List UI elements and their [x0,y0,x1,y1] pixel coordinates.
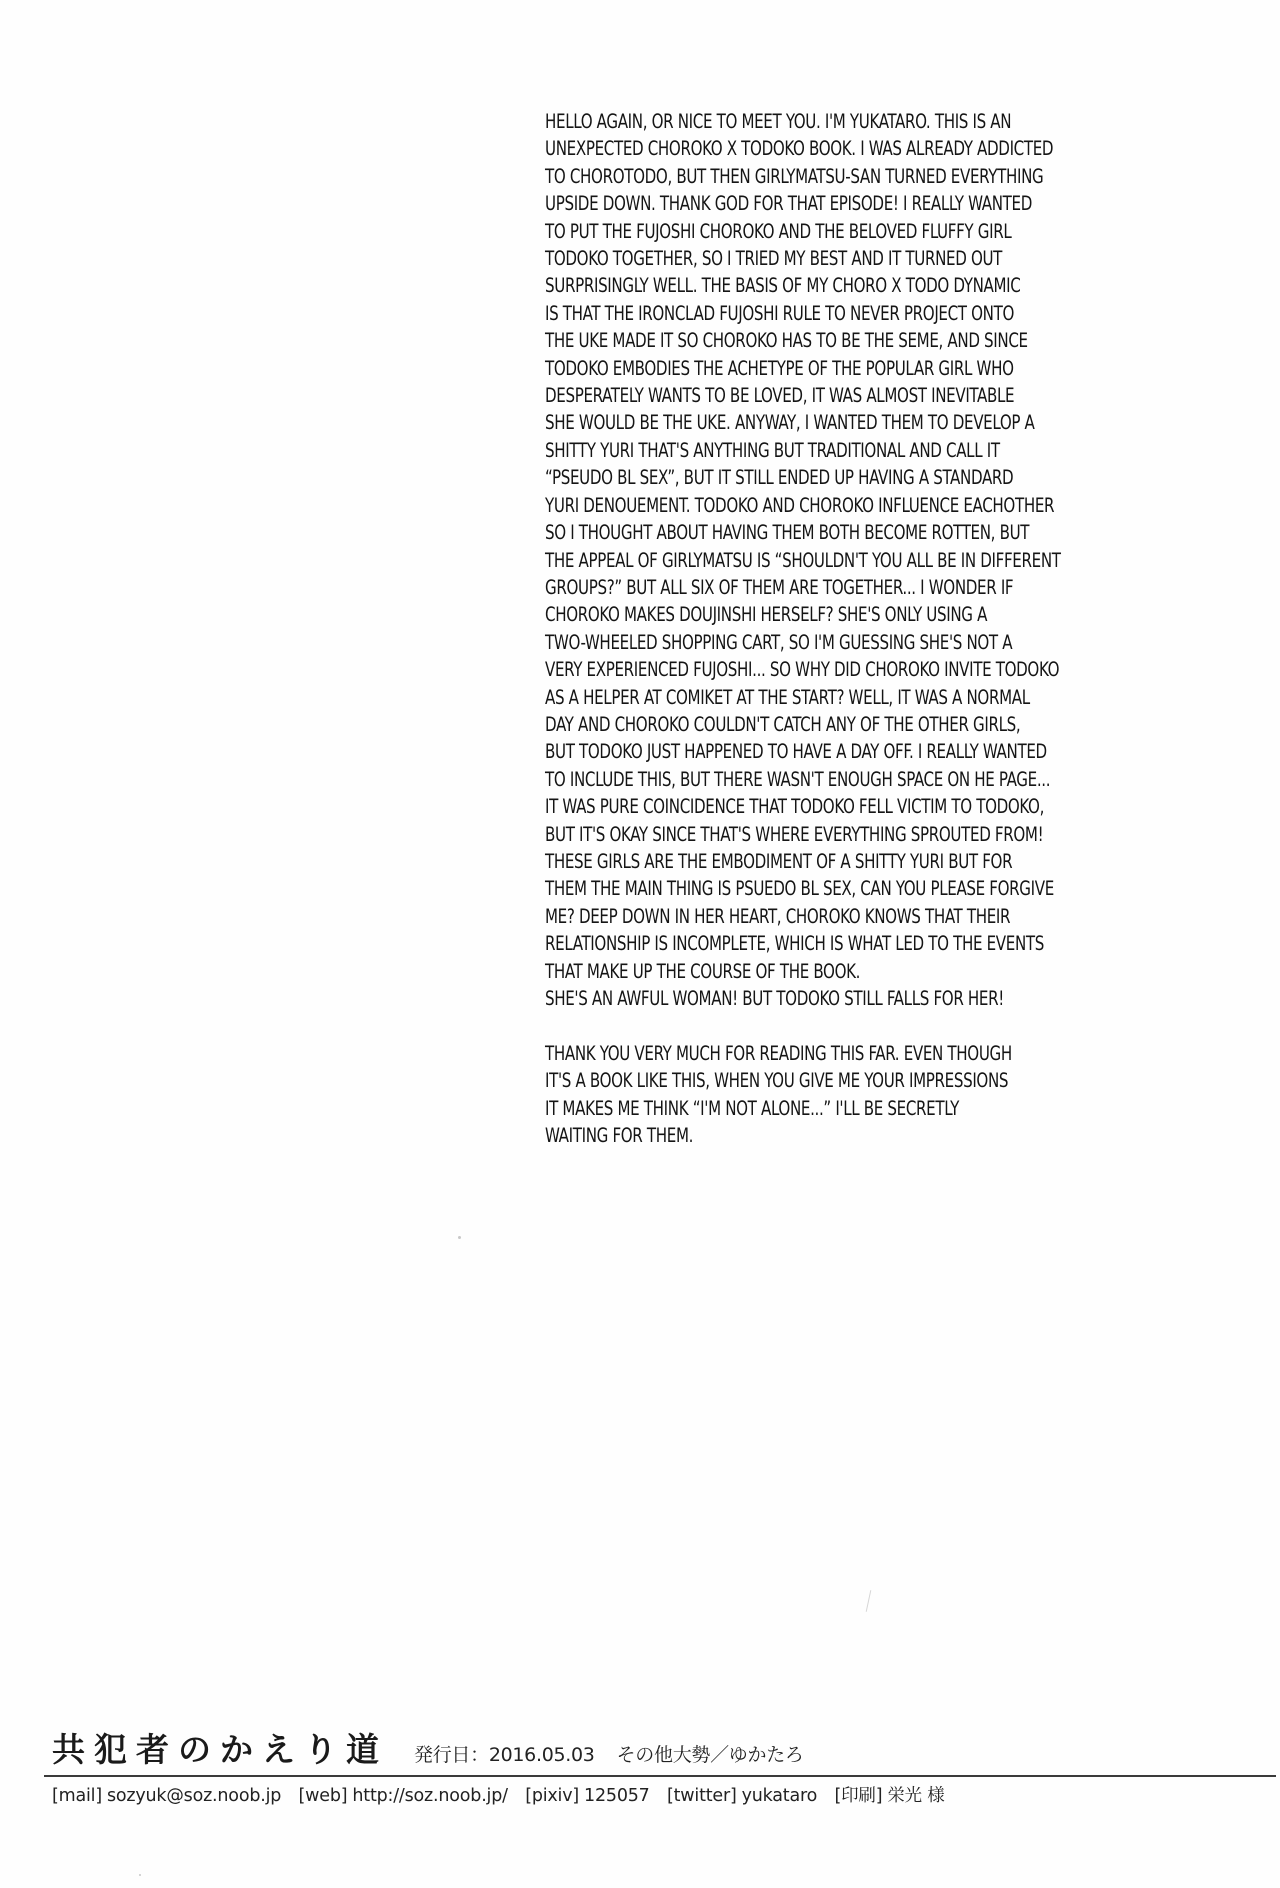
paragraph-gap [545,1012,1147,1039]
afterword-line: THE UKE MADE IT SO CHOROKO HAS TO BE THE… [545,327,1147,354]
afterword-line: TODOKO TOGETHER, SO I TRIED MY BEST AND … [545,245,1147,272]
afterword-line: YURI DENOUEMENT. TODOKO AND CHOROKO INFL… [545,492,1147,519]
afterword-line: VERY EXPERIENCED FUJOSHI... SO WHY DID C… [545,656,1147,683]
afterword-line: TODOKO EMBODIES THE ACHETYPE OF THE POPU… [545,355,1147,382]
afterword-line: DESPERATELY WANTS TO BE LOVED, IT WAS AL… [545,382,1147,409]
colophon-divider [44,1775,1276,1777]
afterword-line: BUT IT'S OKAY SINCE THAT'S WHERE EVERYTH… [545,821,1147,848]
afterword-line: THE APPEAL OF GIRLYMATSU IS “SHOULDN'T Y… [545,547,1147,574]
afterword-line: ME? DEEP DOWN IN HER HEART, CHOROKO KNOW… [545,903,1147,930]
twitter-handle: yukataro [742,1786,818,1806]
afterword-line: UNEXPECTED CHOROKO X TODOKO BOOK. I WAS … [545,135,1147,162]
publish-date-label: 発行日： [414,1744,489,1766]
contact-pixiv: [pixiv]125057 [525,1786,649,1806]
contact-printer: [印刷]栄光 様 [834,1786,944,1806]
colophon-title-row: 共犯者のかえり道 発行日：2016.05.03その他大勢／ゆかたろ [52,1726,1280,1770]
publish-date: 2016.05.03 [489,1744,595,1766]
afterword-line: AS A HELPER AT COMIKET AT THE START? WEL… [545,684,1147,711]
contact-info: [mail]sozyuk@soz.noob.jp [web]http://soz… [52,1782,957,1807]
afterword-line: RELATIONSHIP IS INCOMPLETE, WHICH IS WHA… [545,930,1147,957]
afterword-line: THEM THE MAIN THING IS PSUEDO BL SEX, CA… [545,875,1147,902]
scan-speck [458,1236,461,1239]
afterword-line: HELLO AGAIN, OR NICE TO MEET YOU. I'M YU… [545,108,1147,135]
afterword-line: SHE WOULD BE THE UKE. ANYWAY, I WANTED T… [545,409,1147,436]
afterword-line: THESE GIRLS ARE THE EMBODIMENT OF A SHIT… [545,848,1147,875]
afterword-line: TO PUT THE FUJOSHI CHOROKO AND THE BELOV… [545,218,1147,245]
contact-tag: [mail] [52,1786,102,1806]
contact-mail: [mail]sozyuk@soz.noob.jp [52,1786,281,1806]
closing-line: THANK YOU VERY MUCH FOR READING THIS FAR… [545,1040,1147,1067]
circle-author: その他大勢／ゆかたろ [617,1744,804,1766]
contact-tag: [印刷] [834,1786,882,1806]
afterword-line: “PSEUDO BL SEX”, BUT IT STILL ENDED UP H… [545,464,1147,491]
afterword-line: GROUPS?” BUT ALL SIX OF THEM ARE TOGETHE… [545,574,1147,601]
scan-scratch [866,1590,872,1612]
web-url: http://soz.noob.jp/ [352,1786,507,1806]
colophon: 共犯者のかえり道 発行日：2016.05.03その他大勢／ゆかたろ [mail]… [52,1726,1280,1770]
contact-tag: [twitter] [667,1786,737,1806]
afterword-line: CHOROKO MAKES DOUJINSHI HERSELF? SHE'S O… [545,601,1147,628]
scan-speck [139,1874,141,1876]
contact-tag: [web] [299,1786,348,1806]
pixiv-id: 125057 [584,1786,650,1806]
afterword-line: UPSIDE DOWN. THANK GOD FOR THAT EPISODE!… [545,190,1147,217]
scanned-page: HELLO AGAIN, OR NICE TO MEET YOU. I'M YU… [0,0,1280,1888]
afterword-line: TO CHOROTODO, BUT THEN GIRLYMATSU-SAN TU… [545,163,1147,190]
afterword-line: IS THAT THE IRONCLAD FUJOSHI RULE TO NEV… [545,300,1147,327]
afterword-line: TWO-WHEELED SHOPPING CART, SO I'M GUESSI… [545,629,1147,656]
closing-line: IT'S A BOOK LIKE THIS, WHEN YOU GIVE ME … [545,1067,1147,1094]
mail-address: sozyuk@soz.noob.jp [107,1786,281,1806]
printer-name: 栄光 様 [887,1786,944,1806]
contact-web: [web]http://soz.noob.jp/ [299,1786,508,1806]
contact-tag: [pixiv] [525,1786,579,1806]
afterword-line: TO INCLUDE THIS, BUT THERE WASN'T ENOUGH… [545,766,1147,793]
afterword-text: HELLO AGAIN, OR NICE TO MEET YOU. I'M YU… [545,108,1147,1149]
closing-line: WAITING FOR THEM. [545,1122,1147,1149]
closing-line: IT MAKES ME THINK “I'M NOT ALONE...” I'L… [545,1095,1147,1122]
afterword-line: SURPRISINGLY WELL. THE BASIS OF MY CHORO… [545,272,1147,299]
publication-info: 発行日：2016.05.03その他大勢／ゆかたろ [414,1740,804,1770]
contact-twitter: [twitter]yukataro [667,1786,817,1806]
afterword-line: IT WAS PURE COINCIDENCE THAT TODOKO FELL… [545,793,1147,820]
afterword-line: DAY AND CHOROKO COULDN'T CATCH ANY OF TH… [545,711,1147,738]
book-title: 共犯者のかえり道 [52,1730,388,1770]
afterword-line: SHE'S AN AWFUL WOMAN! BUT TODOKO STILL F… [545,985,1147,1012]
afterword-line: BUT TODOKO JUST HAPPENED TO HAVE A DAY O… [545,738,1147,765]
afterword-line: SO I THOUGHT ABOUT HAVING THEM BOTH BECO… [545,519,1147,546]
afterword-line: THAT MAKE UP THE COURSE OF THE BOOK. [545,958,1147,985]
afterword-line: SHITTY YURI THAT'S ANYTHING BUT TRADITIO… [545,437,1147,464]
